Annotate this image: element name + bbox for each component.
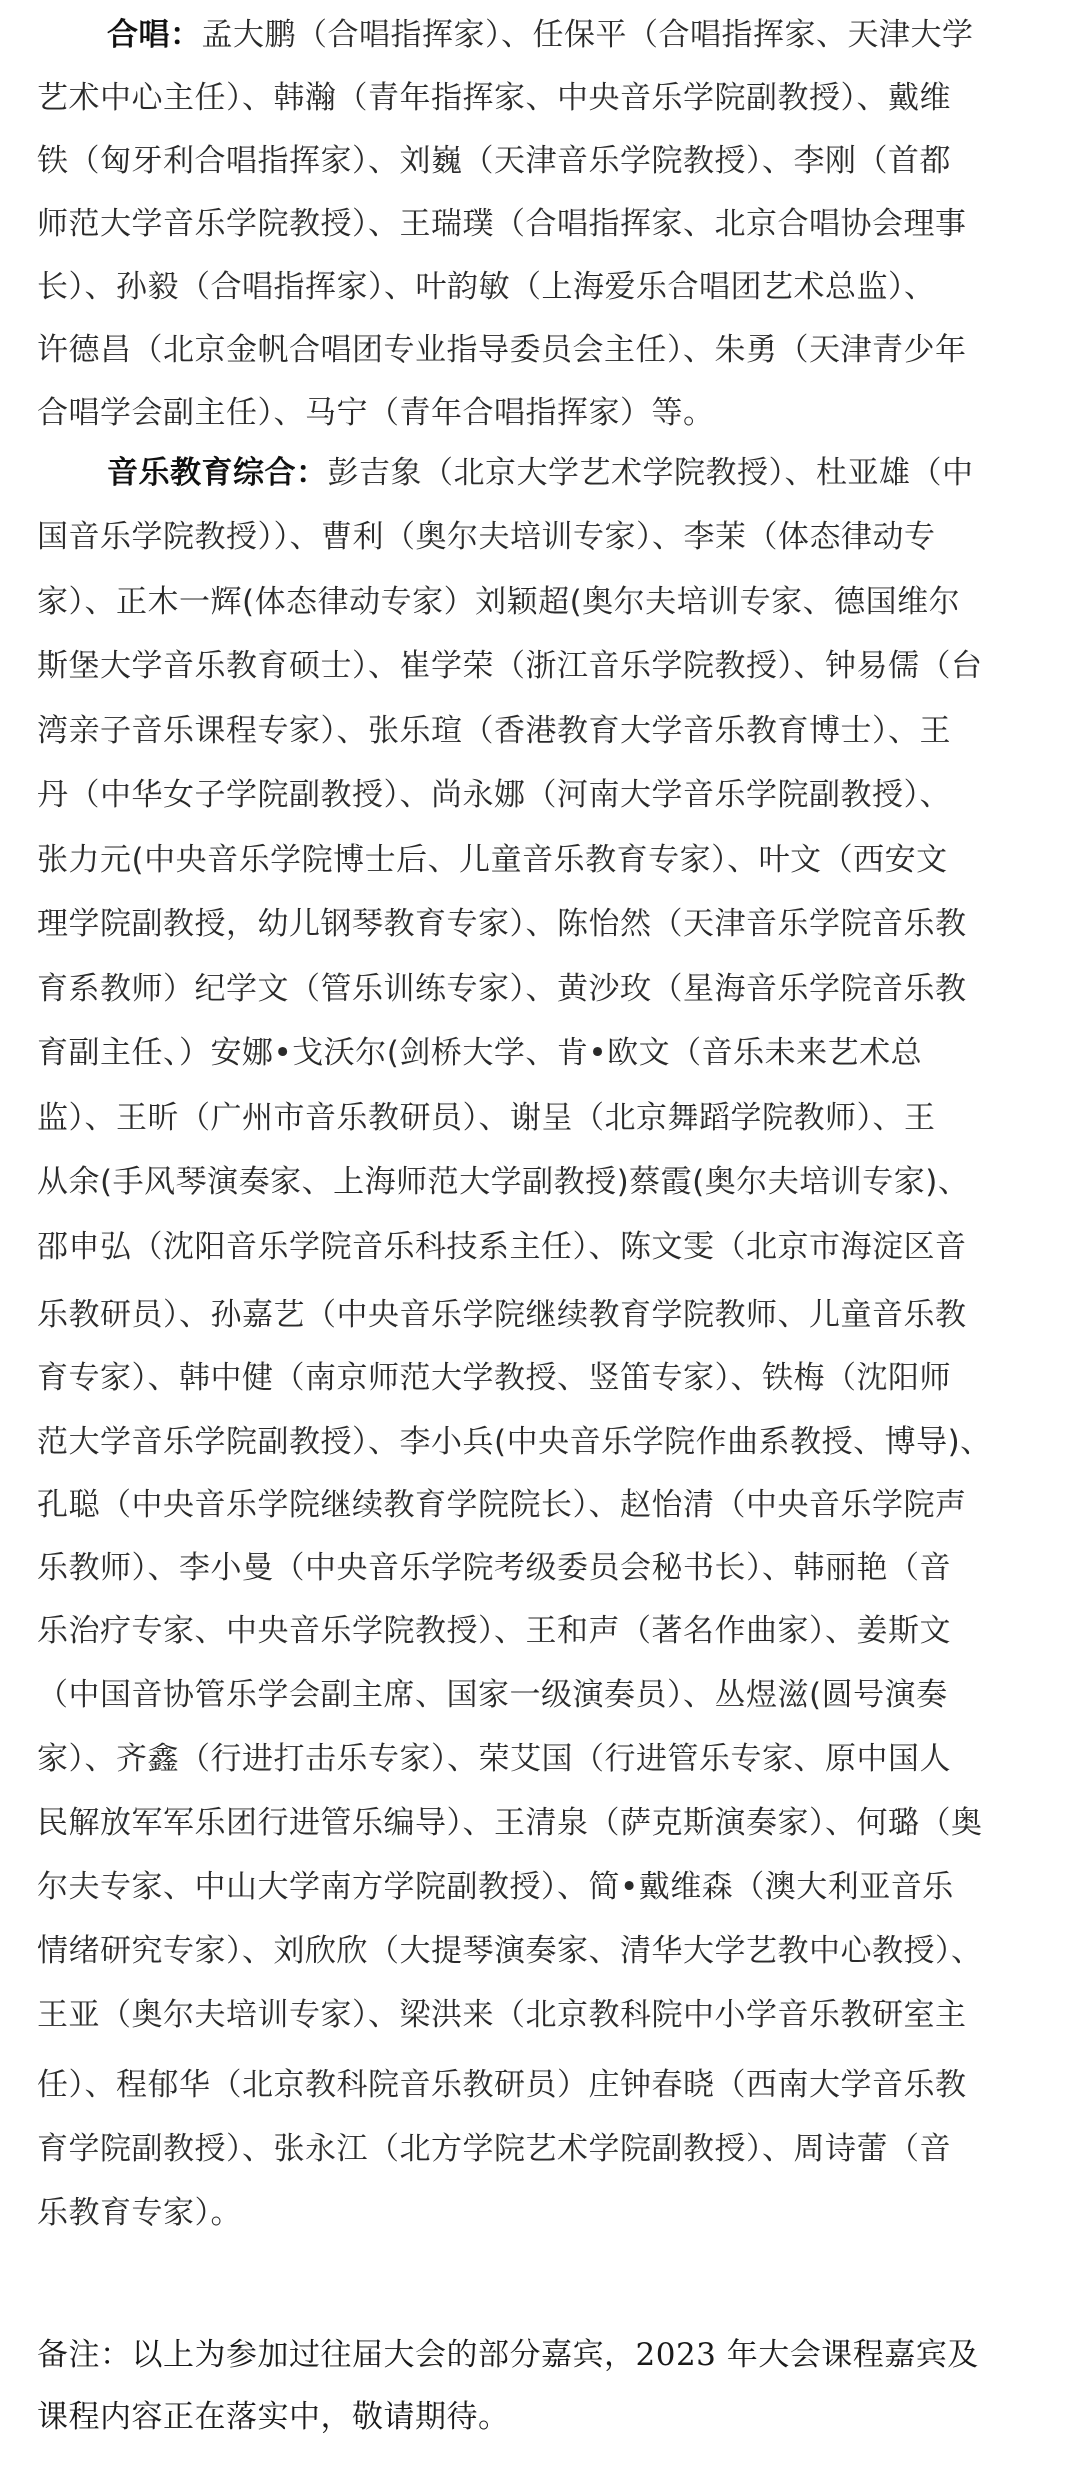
text-line: 许德昌（北京金帆合唱团专业指导委员会主任）、朱勇（天津青少年 xyxy=(37,325,1017,375)
section-music-education-line-1: 音乐教育综合：彭吉象（北京大学艺术学院教授）、杜亚雄（中 xyxy=(107,448,1080,498)
text-line: 张力元(中央音乐学院博士后、儿童音乐教育专家）、叶文（西安文 xyxy=(37,835,1017,885)
text-line: 斯堡大学音乐教育硕士）、崔学荣（浙江音乐学院教授）、钟易儒（台 xyxy=(37,641,1017,691)
text-line: 乐教研员）、孙嘉艺（中央音乐学院继续教育学院教师、儿童音乐教 xyxy=(37,1290,1017,1340)
text-line: 家）、正木一辉(体态律动专家）刘颖超(奥尔夫培训专家、德国维尔 xyxy=(37,577,1017,627)
text-line: 合唱学会副主任）、马宁（青年合唱指挥家）等。 xyxy=(37,388,1017,438)
section-choir-label: 合唱： xyxy=(107,17,202,53)
text-line: 尔夫专家、中山大学南方学院副教授）、简•戴维森（澳大利亚音乐 xyxy=(37,1862,1017,1912)
text-line: 孔聪（中央音乐学院继续教育学院院长）、赵怡清（中央音乐学院声 xyxy=(37,1480,1017,1530)
line-text: 彭吉象（北京大学艺术学院教授）、杜亚雄（中 xyxy=(328,455,974,491)
text-line: 育学院副教授）、张永江（北方学院艺术学院副教授）、周诗蕾（音 xyxy=(37,2124,1017,2174)
text-line: 育副主任、）安娜•戈沃尔(剑桥大学、肯•欧文（音乐未来艺术总 xyxy=(37,1028,1017,1078)
section-choir-line-1: 合唱：孟大鹏（合唱指挥家）、任保平（合唱指挥家、天津大学 xyxy=(107,10,1080,60)
text-line: 范大学音乐学院副教授）、李小兵(中央音乐学院作曲系教授、博导)、 xyxy=(37,1417,1017,1467)
text-line: 家）、齐鑫（行进打击乐专家）、荣艾国（行进管乐专家、原中国人 xyxy=(37,1734,1017,1784)
text-line: 理学院副教授，幼儿钢琴教育专家）、陈怡然（天津音乐学院音乐教 xyxy=(37,899,1017,949)
line-text: 孟大鹏（合唱指挥家）、任保平（合唱指挥家、天津大学 xyxy=(202,17,974,53)
note-line: 备注：以上为参加过往届大会的部分嘉宾，2023 年大会课程嘉宾及 xyxy=(37,2330,1017,2380)
text-line: 情绪研究专家）、刘欣欣（大提琴演奏家、清华大学艺教中心教授）、 xyxy=(37,1926,1017,1976)
text-line: 监）、王昕（广州市音乐教研员）、谢呈（北京舞蹈学院教师）、王 xyxy=(37,1093,1017,1143)
text-line: 乐教育专家）。 xyxy=(37,2188,1017,2238)
text-line: 长）、孙毅（合唱指挥家）、叶韵敏（上海爱乐合唱团艺术总监）、 xyxy=(37,262,1017,312)
text-line: 任）、程郁华（北京教科院音乐教研员）庄钟春晓（西南大学音乐教 xyxy=(37,2060,1017,2110)
section-music-education-label: 音乐教育综合： xyxy=(107,455,328,491)
text-line: 邵申弘（沈阳音乐学院音乐科技系主任）、陈文雯（北京市海淀区音 xyxy=(37,1222,1017,1272)
text-line: 艺术中心主任）、韩瀚（青年指挥家、中央音乐学院副教授）、戴维 xyxy=(37,73,1017,123)
text-line: 乐治疗专家、中央音乐学院教授）、王和声（著名作曲家）、姜斯文 xyxy=(37,1606,1017,1656)
text-line: 师范大学音乐学院教授）、王瑞璞（合唱指挥家、北京合唱协会理事 xyxy=(37,199,1017,249)
text-line: 乐教师）、李小曼（中央音乐学院考级委员会秘书长）、韩丽艳（音 xyxy=(37,1543,1017,1593)
text-line: 丹（中华女子学院副教授）、尚永娜（河南大学音乐学院副教授）、 xyxy=(37,770,1017,820)
text-line: 湾亲子音乐课程专家）、张乐瑄（香港教育大学音乐教育博士）、王 xyxy=(37,706,1017,756)
text-line: 育专家）、韩中健（南京师范大学教授、竖笛专家）、铁梅（沈阳师 xyxy=(37,1353,1017,1403)
text-line: 国音乐学院教授））、曹利（奥尔夫培训专家）、李茉（体态律动专 xyxy=(37,512,1017,562)
text-line: 从余(手风琴演奏家、上海师范大学副教授)蔡霞(奥尔夫培训专家)、 xyxy=(37,1157,1017,1207)
text-line: 育系教师）纪学文（管乐训练专家）、黄沙玫（星海音乐学院音乐教 xyxy=(37,964,1017,1014)
note-line: 课程内容正在落实中，敬请期待。 xyxy=(37,2392,1017,2442)
text-line: 铁（匈牙利合唱指挥家）、刘巍（天津音乐学院教授）、李刚（首都 xyxy=(37,136,1017,186)
text-line: （中国音协管乐学会副主席、国家一级演奏员）、丛煜滋(圆号演奏 xyxy=(37,1670,1017,1720)
text-line: 王亚（奥尔夫培训专家）、梁洪来（北京教科院中小学音乐教研室主 xyxy=(37,1990,1017,2040)
text-line: 民解放军军乐团行进管乐编导）、王清泉（萨克斯演奏家）、何璐（奥 xyxy=(37,1798,1017,1848)
